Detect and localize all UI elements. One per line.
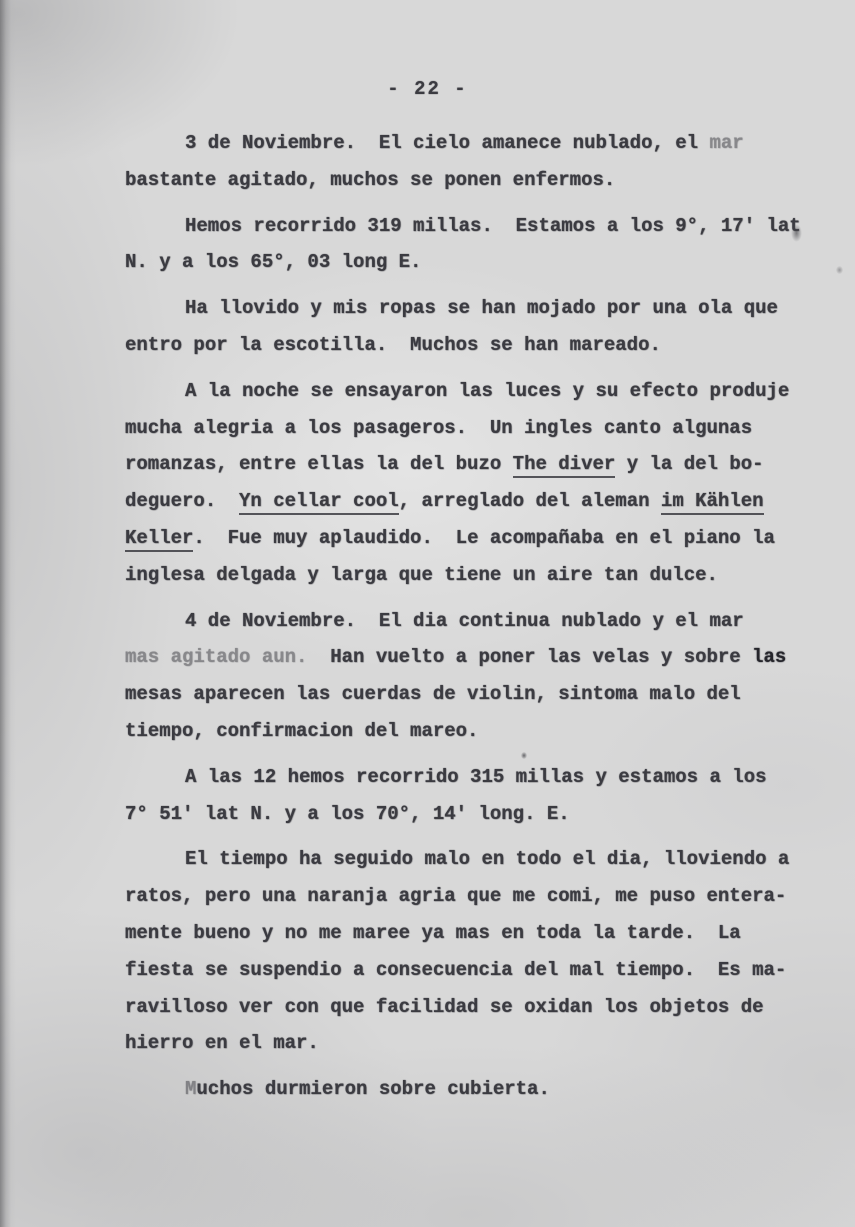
paragraph: Ha llovido y mis ropas se han mojado por… — [125, 290, 815, 364]
text-line: mesas aparecen las cuerdas de violin, si… — [125, 676, 815, 713]
page-number: - 22 - — [0, 78, 855, 100]
text-line: Muchos durmieron sobre cubierta. — [125, 1071, 815, 1108]
text-line: Hemos recorrido 319 millas. Estamos a lo… — [125, 208, 815, 245]
ink-speck — [836, 266, 843, 274]
text-line: mas agitado aun. Han vuelto a poner las … — [125, 639, 815, 676]
paragraph: El tiempo ha seguido malo en todo el dia… — [125, 841, 815, 1062]
text-line: ravilloso ver con que facilidad se oxida… — [125, 989, 815, 1026]
paragraph: A la noche se ensayaron las luces y su e… — [125, 373, 815, 594]
text-line: Ha llovido y mis ropas se han mojado por… — [125, 290, 815, 327]
text-line: Keller. Fue muy aplaudido. Le acompañaba… — [125, 520, 815, 557]
scan-edge-shadow — [0, 0, 16, 1227]
text-line: A las 12 hemos recorrido 315 millas y es… — [125, 759, 815, 796]
text-line: romanzas, entre ellas la del buzo The di… — [125, 446, 815, 483]
text-line: entro por la escotilla. Muchos se han ma… — [125, 327, 815, 364]
text-line: N. y a los 65°, 03 long E. — [125, 244, 815, 281]
scanned-page: - 22 - 3 de Noviembre. El cielo amanece … — [0, 0, 855, 1227]
text-line: ratos, pero una naranja agria que me com… — [125, 878, 815, 915]
text-line: A la noche se ensayaron las luces y su e… — [125, 373, 815, 410]
text-line: bastante agitado, muchos se ponen enferm… — [125, 162, 815, 199]
paragraph: Hemos recorrido 319 millas. Estamos a lo… — [125, 208, 815, 282]
paragraph: Muchos durmieron sobre cubierta. — [125, 1071, 815, 1108]
text-line: mente bueno y no me maree ya mas en toda… — [125, 915, 815, 952]
text-line: 4 de Noviembre. El dia continua nublado … — [125, 603, 815, 640]
paragraph: A las 12 hemos recorrido 315 millas y es… — [125, 759, 815, 833]
text-line: 3 de Noviembre. El cielo amanece nublado… — [125, 125, 815, 162]
paragraph: 3 de Noviembre. El cielo amanece nublado… — [125, 125, 815, 199]
text-line: 7° 51' lat N. y a los 70°, 14' long. E. — [125, 796, 815, 833]
text-line: El tiempo ha seguido malo en todo el dia… — [125, 841, 815, 878]
text-line: inglesa delgada y larga que tiene un air… — [125, 557, 815, 594]
text-line: hierro en el mar. — [125, 1025, 815, 1062]
text-line: tiempo, confirmacion del mareo. — [125, 713, 815, 750]
document-paragraphs: 3 de Noviembre. El cielo amanece nublado… — [125, 125, 815, 1117]
paragraph: 4 de Noviembre. El dia continua nublado … — [125, 603, 815, 750]
text-line: deguero. Yn cellar cool, arreglado del a… — [125, 483, 815, 520]
text-line: mucha alegria a los pasageros. Un ingles… — [125, 410, 815, 447]
text-line: fiesta se suspendio a consecuencia del m… — [125, 952, 815, 989]
